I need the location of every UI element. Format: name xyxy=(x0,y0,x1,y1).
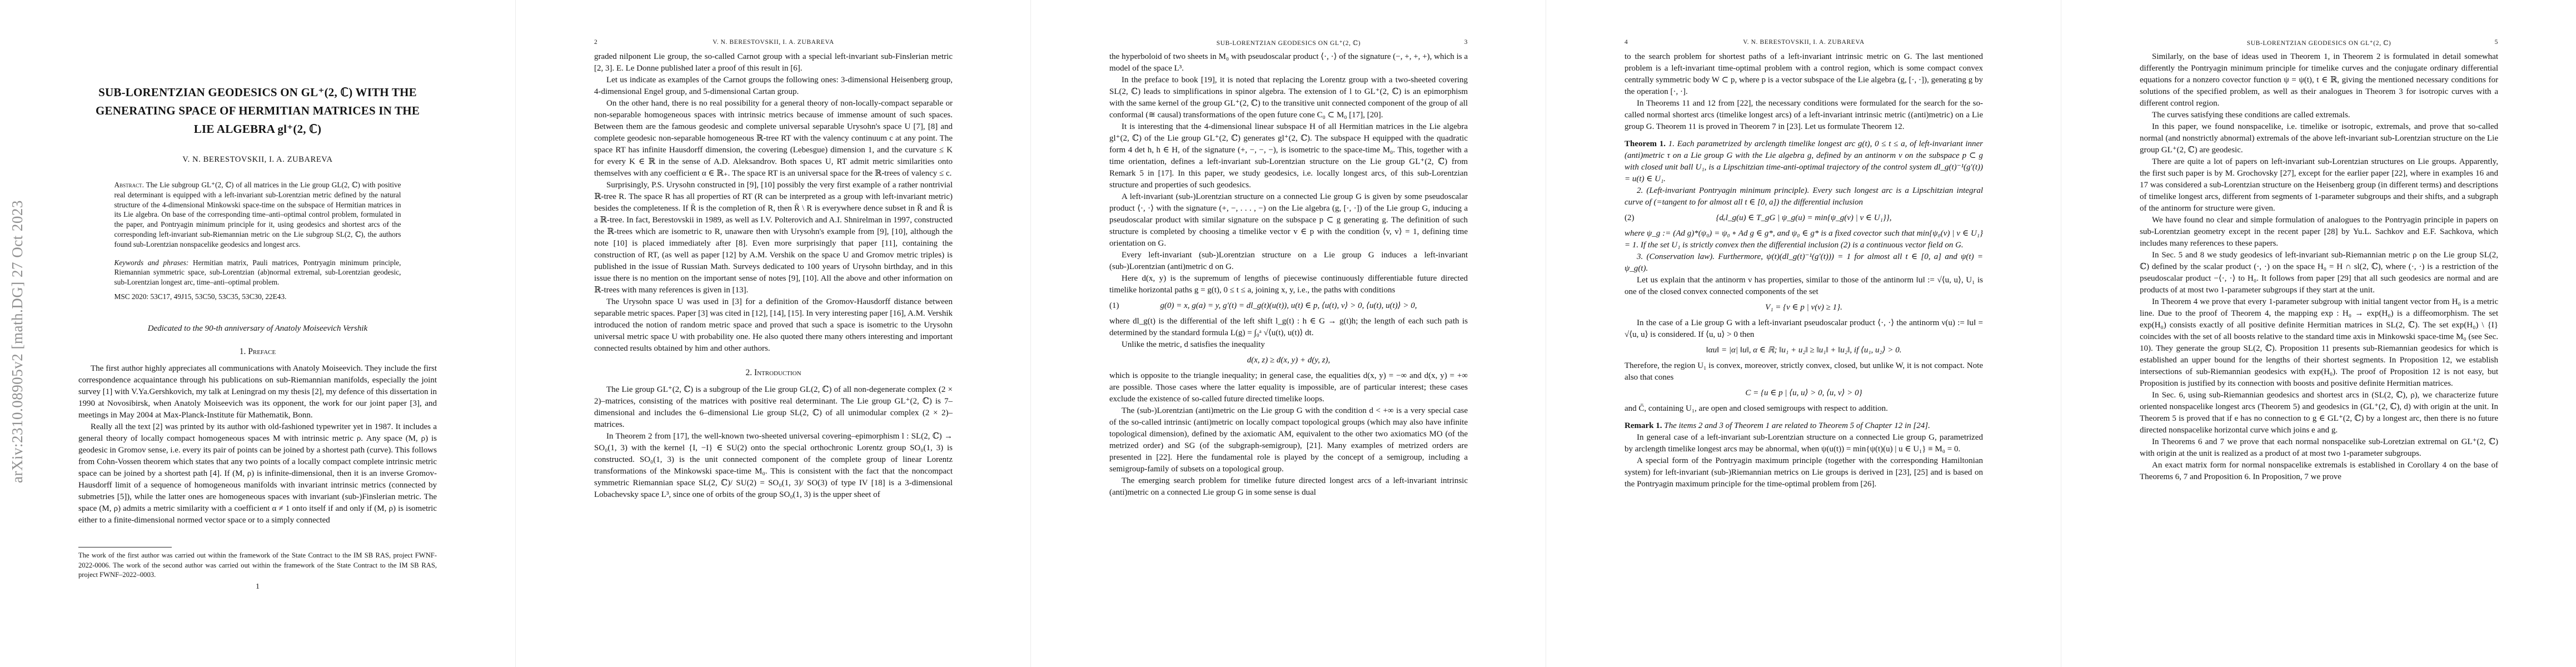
theorem-item: where ψ_g := (Ad g)*(ψ₀) = ψ₀ ∘ Ad g ∈ g… xyxy=(1625,228,1983,251)
paragraph: The Lie group GL⁺(2, ℂ) is a subgroup of… xyxy=(594,384,953,431)
footnote-text: The work of the first author was carried… xyxy=(78,551,437,579)
paragraph: where dl_g(t) is the differential of the… xyxy=(1109,316,1468,339)
theorem-1: Theorem 1. 1. Each parametrized by arcle… xyxy=(1625,138,1983,275)
section-heading-preface: 1. Preface xyxy=(78,347,437,357)
paragraph: In Theorem 4 we prove that every 1-param… xyxy=(2140,296,2498,390)
paragraph: Every left-invariant (sub-)Lorentzian st… xyxy=(1109,250,1468,273)
page-2-body: graded nilponent Lie group, the so-calle… xyxy=(594,51,953,616)
paragraph: Let us explain that the antinorm ν has p… xyxy=(1625,275,1983,298)
page-5: SUB-LORENTZIAN GEODESICS ON GL⁺(2, ℂ) 5 … xyxy=(2061,0,2576,667)
theorem-item: Theorem 1. 1. Each parametrized by arcle… xyxy=(1625,138,1983,185)
footnote-rule xyxy=(78,547,172,547)
page-number: 1 xyxy=(78,583,437,591)
theorem-item: 2. (Left-invariant Pontryagin minimum pr… xyxy=(1625,185,1983,208)
paragraph: The first author highly appreciates all … xyxy=(78,363,437,421)
paragraph: An exact matrix form for normal nonspace… xyxy=(2140,460,2498,483)
equation-body: d(x, z) ≥ d(x, y) + d(y, z), xyxy=(1247,356,1331,365)
paragraph: and C̄, containing U₁, are open and clos… xyxy=(1625,403,1983,415)
page-3-body: the hyperboloid of two sheets in M₀ with… xyxy=(1109,51,1468,616)
running-title: V. N. BERESTOVSKII, I. A. ZUBAREVA xyxy=(1625,39,1983,46)
paragraph: It is interesting that the 4-dimensional… xyxy=(1109,121,1468,191)
equation-body: V₁ = {v ∈ p | ν(v) ≥ 1}. xyxy=(1765,303,1842,312)
display-equation: V₁ = {v ∈ p | ν(v) ≥ 1}. xyxy=(1625,302,1983,313)
paragraph: Let us indicate as examples of the Carno… xyxy=(594,74,953,98)
page-2: 2 V. N. BERESTOVSKII, I. A. ZUBAREVA gra… xyxy=(515,0,1031,667)
paragraph: Unlike the metric, d satisfies the inequ… xyxy=(1109,339,1468,351)
page-1: arXiv:2310.08905v2 [math.DG] 27 Oct 2023… xyxy=(0,0,515,667)
paragraph: Surprisingly, P.S. Urysohn constructed i… xyxy=(594,180,953,296)
msc-line: MSC 2020: 53C17, 49J15, 53C50, 53C35, 53… xyxy=(114,292,401,302)
page-number: 5 xyxy=(2495,39,2498,46)
arxiv-watermark: arXiv:2310.08905v2 [math.DG] 27 Oct 2023 xyxy=(9,146,26,538)
footnote: The work of the first author was carried… xyxy=(78,547,437,580)
paragraph: In Sec. 5 and 8 we study geodesics of le… xyxy=(2140,250,2498,296)
remark-item: Remark 1. The items 2 and 3 of Theorem 1… xyxy=(1625,420,1983,432)
paper-title: SUB-LORENTZIAN GEODESICS ON GL⁺(2, ℂ) WI… xyxy=(88,83,428,138)
equation-tag: (1) xyxy=(1109,300,1119,312)
running-header: SUB-LORENTZIAN GEODESICS ON GL⁺(2, ℂ) 5 xyxy=(2140,39,2498,47)
page-number: 3 xyxy=(1464,39,1468,46)
page-number: 2 xyxy=(594,39,597,46)
abstract: Abstract. The Lie subgroup GL⁺(2, ℂ) of … xyxy=(114,180,401,250)
paragraph: the hyperboloid of two sheets in M₀ with… xyxy=(1109,51,1468,74)
paragraph: In Theorems 6 and 7 we prove that each n… xyxy=(2140,436,2498,460)
remark-label: Remark 1. xyxy=(1625,421,1662,430)
equation-body: ‖αu‖ = |α| ‖u‖, α ∈ ℝ; ‖u₁ + u₂‖ ≥ ‖u₁‖ … xyxy=(1706,346,1901,355)
paragraph: The curves satisfying these conditions a… xyxy=(2140,109,2498,121)
theorem-label: Theorem 1. xyxy=(1625,140,1666,148)
running-header: 4 V. N. BERESTOVSKII, I. A. ZUBAREVA xyxy=(1625,39,1983,46)
paragraph: Therefore, the region U₁ is convex, more… xyxy=(1625,360,1983,384)
paragraph: In the preface to book [19], it is noted… xyxy=(1109,74,1468,121)
paper-authors: V. N. BERESTOVSKII, I. A. ZUBAREVA xyxy=(78,155,437,165)
paragraph: which is opposite to the triangle inequa… xyxy=(1109,370,1468,405)
page-1-content: SUB-LORENTZIAN GEODESICS ON GL⁺(2, ℂ) WI… xyxy=(78,0,437,559)
abstract-label: Abstract. xyxy=(114,181,144,189)
paragraph: to the search problem for shortest paths… xyxy=(1625,51,1983,98)
paragraph: Similarly, on the base of ideas used in … xyxy=(2140,51,2498,109)
running-header: 2 V. N. BERESTOVSKII, I. A. ZUBAREVA xyxy=(594,39,953,46)
paragraph: A left-invariant (sub-)Lorentzian struct… xyxy=(1109,191,1468,250)
page-4-body: to the search problem for shortest paths… xyxy=(1625,51,1983,616)
display-equation: d(x, z) ≥ d(x, y) + d(y, z), xyxy=(1109,355,1468,366)
display-equation: ‖αu‖ = |α| ‖u‖, α ∈ ℝ; ‖u₁ + u₂‖ ≥ ‖u₁‖ … xyxy=(1625,345,1983,356)
paragraph: The emerging search problem for timelike… xyxy=(1109,475,1468,499)
equation-tag: (2) xyxy=(1625,212,1635,224)
running-title: V. N. BERESTOVSKII, I. A. ZUBAREVA xyxy=(594,39,953,46)
remark-1: Remark 1. The items 2 and 3 of Theorem 1… xyxy=(1625,420,1983,432)
theorem-text: 1. Each parametrized by arclength timeli… xyxy=(1625,140,1983,183)
paragraph: Here d(x, y) is the supremum of lengths … xyxy=(1109,273,1468,296)
dedication: Dedicated to the 90-th anniversary of An… xyxy=(78,324,437,333)
paragraph: On the other hand, there is no real poss… xyxy=(594,98,953,180)
running-title: SUB-LORENTZIAN GEODESICS ON GL⁺(2, ℂ) xyxy=(1109,39,1468,47)
equation-2: (2) {dₑl_g(u) ∈ T_gG | ψ_g(u) = min{ψ_g(… xyxy=(1625,212,1983,224)
abstract-text: The Lie subgroup GL⁺(2, ℂ) of all matric… xyxy=(114,181,401,248)
paragraph: The (sub-)Lorentzian (anti)metric on the… xyxy=(1109,405,1468,475)
paragraph: graded nilponent Lie group, the so-calle… xyxy=(594,51,953,74)
paragraph: There are quite a lot of papers on left-… xyxy=(2140,156,2498,215)
equation-body: C = {u ∈ p | ⟨u, u⟩ > 0, ⟨u, v⟩ > 0} xyxy=(1745,389,1862,397)
paper-multipage-view: arXiv:2310.08905v2 [math.DG] 27 Oct 2023… xyxy=(0,0,2576,667)
equation-body: {dₑl_g(u) ∈ T_gG | ψ_g(u) = min{ψ_g(v) |… xyxy=(1716,213,1891,222)
keywords: Keywords and phrases: Hermitian matrix, … xyxy=(114,258,401,287)
paragraph: In Sec. 6, using sub-Riemannian geodesic… xyxy=(2140,390,2498,436)
page-3: SUB-LORENTZIAN GEODESICS ON GL⁺(2, ℂ) 3 … xyxy=(1030,0,1546,667)
page-number: 4 xyxy=(1625,39,1628,46)
paragraph: The Urysohn space U was used in [3] for … xyxy=(594,296,953,355)
paragraph: Really all the text [2] was printed by i… xyxy=(78,421,437,526)
section-heading-introduction: 2. Introduction xyxy=(594,368,953,378)
keywords-label: Keywords and phrases: xyxy=(114,258,189,267)
page-4: 4 V. N. BERESTOVSKII, I. A. ZUBAREVA to … xyxy=(1546,0,2061,667)
equation-body: g(0) = x, g(a) = y, g′(t) = dl_g(t)(u(t)… xyxy=(1160,301,1417,310)
paragraph: A special form of the Pontryagin maximum… xyxy=(1625,455,1983,490)
paragraph: In Theorem 2 from [17], the well-known t… xyxy=(594,431,953,501)
running-header: SUB-LORENTZIAN GEODESICS ON GL⁺(2, ℂ) 3 xyxy=(1109,39,1468,47)
theorem-item: 3. (Conservation law). Furthermore, ψ(t)… xyxy=(1625,251,1983,275)
remark-text: The items 2 and 3 of Theorem 1 are relat… xyxy=(1664,421,1930,430)
preface-body: The first author highly appreciates all … xyxy=(78,363,437,559)
paragraph: In this paper, we found nonspacelike, i.… xyxy=(2140,121,2498,156)
paragraph: In general case of a left-invariant sub-… xyxy=(1625,432,1983,455)
display-equation: C = {u ∈ p | ⟨u, u⟩ > 0, ⟨u, v⟩ > 0} xyxy=(1625,387,1983,399)
page-5-body: Similarly, on the base of ideas used in … xyxy=(2140,51,2498,616)
paragraph: In Theorems 11 and 12 from [22], the nec… xyxy=(1625,98,1983,133)
running-title: SUB-LORENTZIAN GEODESICS ON GL⁺(2, ℂ) xyxy=(2140,39,2498,47)
paragraph: In the case of a Lie group G with a left… xyxy=(1625,317,1983,341)
equation-1: (1) g(0) = x, g(a) = y, g′(t) = dl_g(t)(… xyxy=(1109,300,1468,312)
paragraph: We have found no clear and simple formul… xyxy=(2140,215,2498,250)
